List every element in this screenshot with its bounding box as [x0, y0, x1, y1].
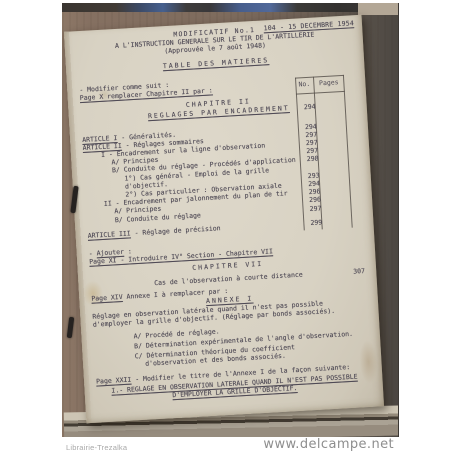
document-content: MODIFICATIF No.1 104 - 15 DECEMBRE 1954 …	[64, 15, 384, 424]
toc-row-label: - Réglage de précision	[130, 224, 220, 237]
seller-watermark: Librairie-Trezalka	[66, 443, 127, 452]
top-edge-strip	[62, 3, 398, 12]
site-watermark: www.delcampe.net	[263, 437, 394, 452]
chapter2-page-number: 294	[298, 103, 322, 113]
toc-row-page-number: 299	[304, 218, 328, 228]
document-paper: No. Pages MODIFICATIF No.1 104 - 15 DECE…	[64, 15, 384, 424]
staple	[67, 317, 75, 338]
toc-row-article: ARTICLE III	[88, 229, 131, 239]
toc-row-page-number: 297	[303, 204, 327, 214]
photo-wood-background: No. Pages MODIFICATIF No.1 104 - 15 DECE…	[62, 3, 399, 437]
chapter7-page-number: 307	[353, 266, 377, 276]
top-right-wood-patch	[358, 3, 398, 15]
